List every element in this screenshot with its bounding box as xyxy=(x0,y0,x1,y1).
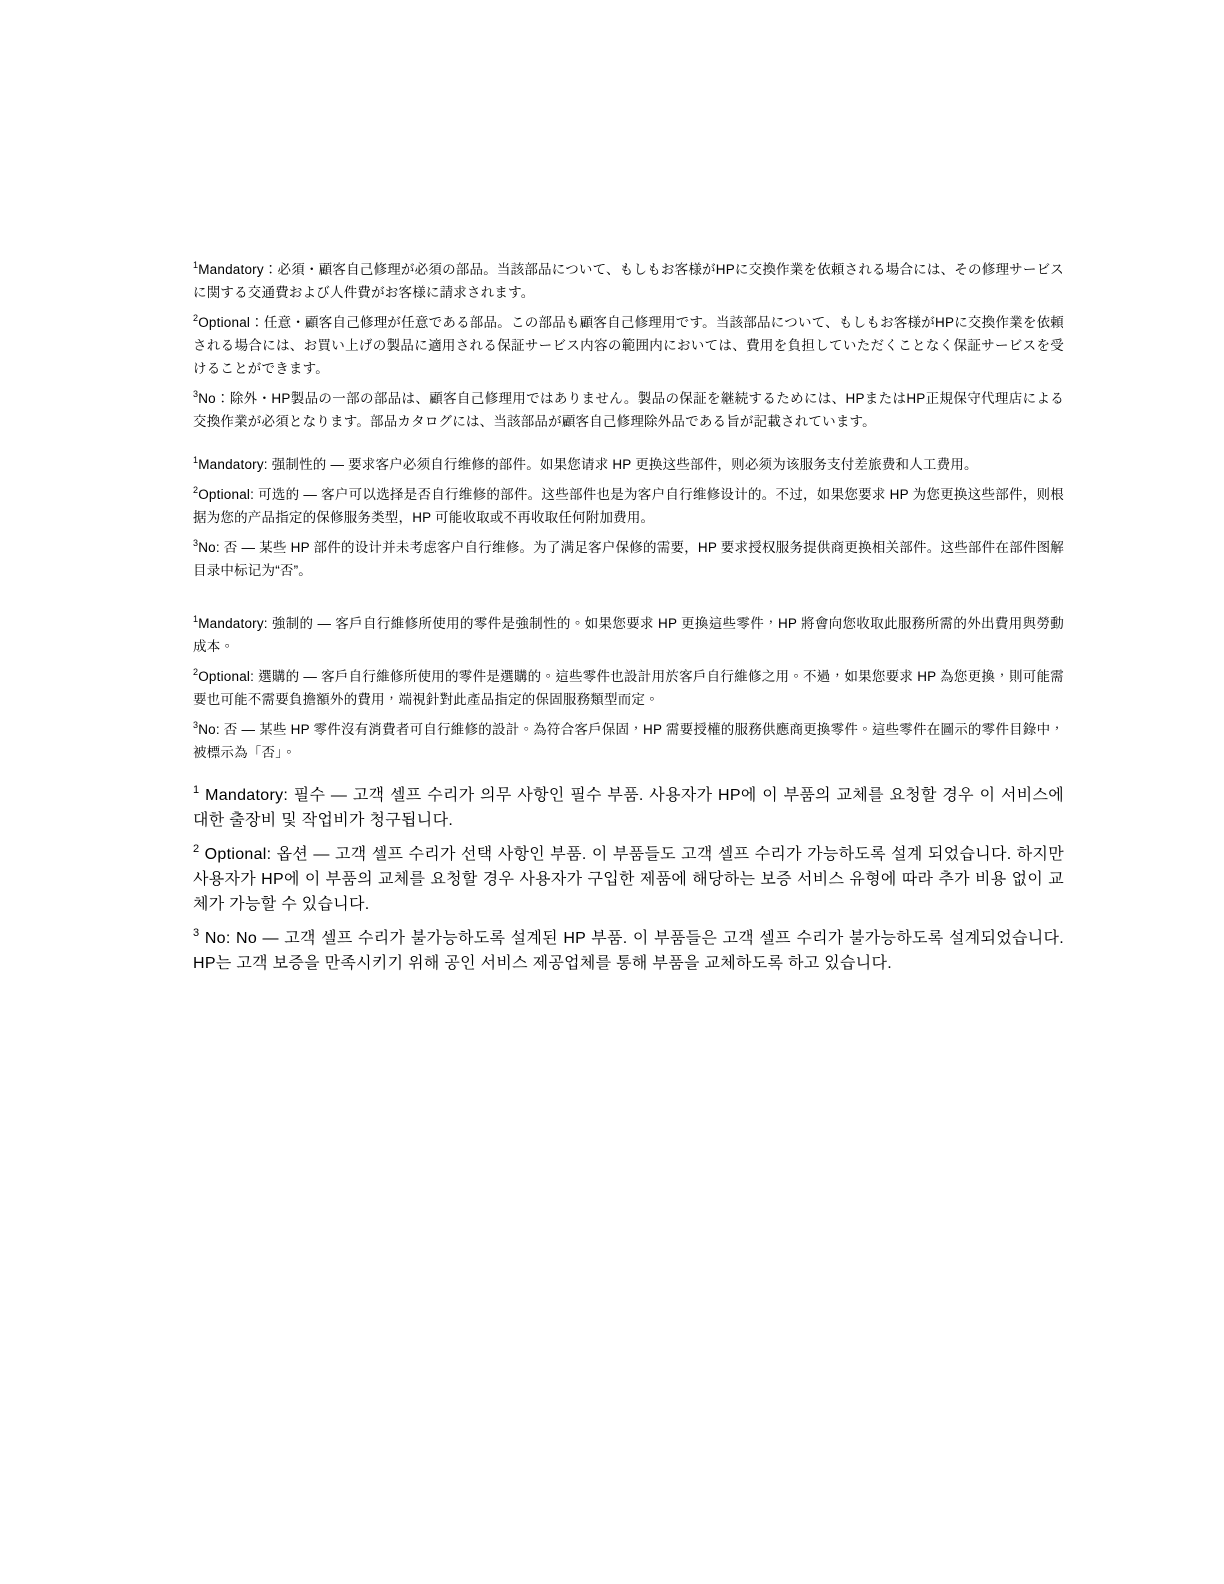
section-traditional-chinese: 1Mandatory: 強制的 — 客戶自行維修所使用的零件是強制性的。如果您要… xyxy=(193,612,1064,771)
note-text: No：除外・HP製品の一部の部品は、顧客自己修理用ではありません。製品の保証を継… xyxy=(193,391,1064,429)
section-simplified-chinese: 1Mandatory: 强制性的 — 要求客户必须自行维修的部件。如果您请求 H… xyxy=(193,453,1064,589)
note-text: Mandatory: 強制的 — 客戶自行維修所使用的零件是強制性的。如果您要求… xyxy=(193,616,1064,654)
note-text: Optional: 可选的 — 客户可以选择是否自行维修的部件。这些部件也是为客… xyxy=(193,487,1064,525)
zh-tw-no-note: 3No: 否 — 某些 HP 零件沒有消費者可自行維修的設計。為符合客戶保固，H… xyxy=(193,718,1064,764)
note-text: Optional: 옵션 — 고객 셀프 수리가 선택 사항인 부품. 이 부품… xyxy=(193,846,1064,913)
note-text: Mandatory: 필수 — 고객 셀프 수리가 의무 사항인 필수 부품. … xyxy=(193,787,1064,829)
ja-mandatory-note: 1Mandatory：必須・顧客自己修理が必須の部品。当該部品について、もしもお… xyxy=(193,258,1064,304)
section-korean: 1 Mandatory: 필수 — 고객 셀프 수리가 의무 사항인 필수 부품… xyxy=(193,783,1064,985)
zh-tw-mandatory-note: 1Mandatory: 強制的 — 客戶自行維修所使用的零件是強制性的。如果您要… xyxy=(193,612,1064,658)
zh-tw-optional-note: 2Optional: 選購的 — 客戶自行維修所使用的零件是選購的。這些零件也設… xyxy=(193,665,1064,711)
note-text: No: 否 — 某些 HP 零件沒有消費者可自行維修的設計。為符合客戶保固，HP… xyxy=(193,722,1064,760)
note-text: Mandatory：必須・顧客自己修理が必須の部品。当該部品について、もしもお客… xyxy=(193,262,1064,300)
zh-cn-optional-note: 2Optional: 可选的 — 客户可以选择是否自行维修的部件。这些部件也是为… xyxy=(193,483,1064,529)
note-text: No: 否 — 某些 HP 部件的设计并未考虑客户自行维修。为了满足客户保修的需… xyxy=(193,540,1064,578)
manual-page: 1Mandatory：必須・顧客自己修理が必須の部品。当該部品について、もしもお… xyxy=(0,0,1224,1584)
note-text: Optional：任意・顧客自己修理が任意である部品。この部品も顧客自己修理用で… xyxy=(193,315,1064,376)
ko-optional-note: 2 Optional: 옵션 — 고객 셀프 수리가 선택 사항인 부품. 이 … xyxy=(193,842,1064,917)
note-text: Optional: 選購的 — 客戶自行維修所使用的零件是選購的。這些零件也設計… xyxy=(193,669,1064,707)
note-text: No: No — 고객 셀프 수리가 불가능하도록 설계된 HP 부품. 이 부… xyxy=(193,930,1064,972)
note-text: Mandatory: 强制性的 — 要求客户必须自行维修的部件。如果您请求 HP… xyxy=(198,457,978,472)
ja-no-note: 3No：除外・HP製品の一部の部品は、顧客自己修理用ではありません。製品の保証を… xyxy=(193,387,1064,433)
zh-cn-no-note: 3No: 否 — 某些 HP 部件的设计并未考虑客户自行维修。为了满足客户保修的… xyxy=(193,536,1064,582)
zh-cn-mandatory-note: 1Mandatory: 强制性的 — 要求客户必须自行维修的部件。如果您请求 H… xyxy=(193,453,1064,476)
ko-mandatory-note: 1 Mandatory: 필수 — 고객 셀프 수리가 의무 사항인 필수 부품… xyxy=(193,783,1064,833)
ko-no-note: 3 No: No — 고객 셀프 수리가 불가능하도록 설계된 HP 부품. 이… xyxy=(193,926,1064,976)
csr-footnotes-content: 1Mandatory：必須・顧客自己修理が必須の部品。当該部品について、もしもお… xyxy=(193,0,1064,1584)
section-japanese: 1Mandatory：必須・顧客自己修理が必須の部品。当該部品について、もしもお… xyxy=(193,258,1064,440)
ja-optional-note: 2Optional：任意・顧客自己修理が任意である部品。この部品も顧客自己修理用… xyxy=(193,311,1064,380)
